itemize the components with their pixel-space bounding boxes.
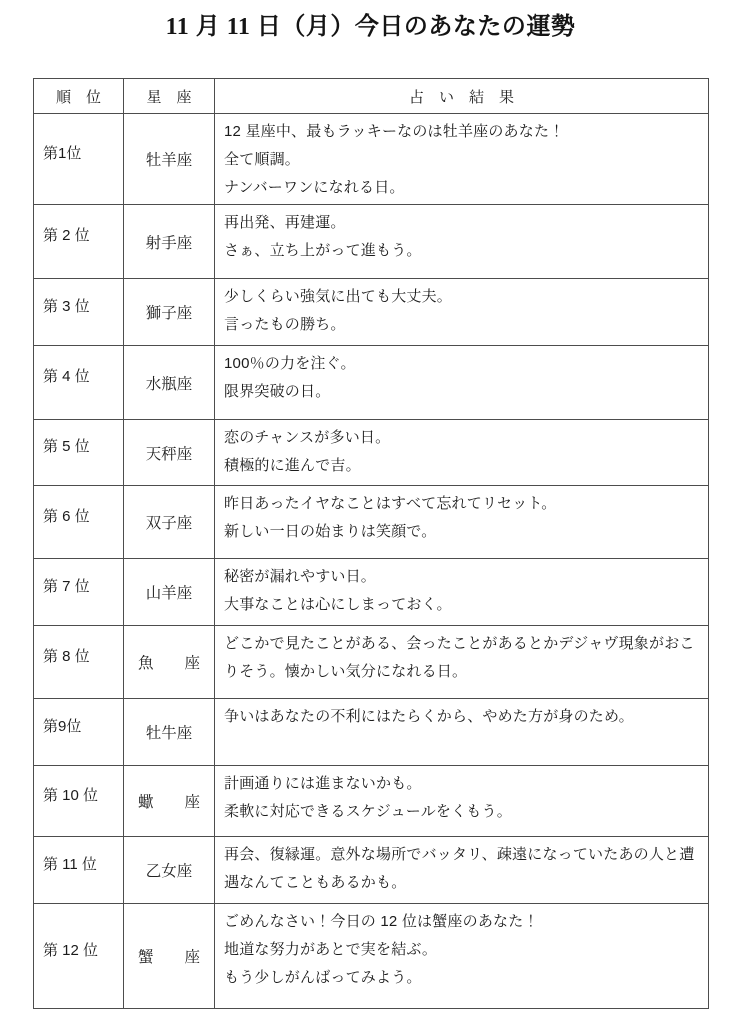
rank-label: 第 8 位 [43, 648, 90, 665]
rank-cell: 第 4 位 [34, 346, 124, 420]
sign-label: 天秤座 [124, 420, 215, 486]
sign-label: 双子座 [124, 486, 215, 559]
rank-cell: 第 8 位 [34, 626, 124, 699]
fortune-line: 昨日あったイヤなことはすべて忘れてリセット。 [224, 490, 699, 518]
table-row: 第 7 位 山羊座 秘密が漏れやすい日。大事なことは心にしまっておく。 [34, 559, 709, 626]
table-row: 第 11 位 乙女座 再会、復縁運。意外な場所でバッタリ、疎遠になっていたあの人… [34, 837, 709, 904]
fortune-cell: 再会、復縁運。意外な場所でバッタリ、疎遠になっていたあの人と遭遇なんてこともある… [215, 837, 709, 904]
header-rank: 順 位 [34, 79, 124, 114]
fortune-line: ごめんなさい！今日の 12 位は蟹座のあなた！ [224, 908, 699, 936]
fortune-cell: 100％の力を注ぐ。限界突破の日。 [215, 346, 709, 420]
sign-label: 乙女座 [124, 837, 215, 904]
rank-cell: 第 12 位 [34, 904, 124, 1009]
fortune-line: 積極的に進んで吉。 [224, 452, 699, 480]
fortune-cell: 恋のチャンスが多い日。積極的に進んで吉。 [215, 420, 709, 486]
sign-label: 牡羊座 [124, 114, 215, 205]
header-result: 占 い 結 果 [215, 79, 709, 114]
table-row: 第 4 位 水瓶座 100％の力を注ぐ。限界突破の日。 [34, 346, 709, 420]
table-row: 第1位 牡羊座 12 星座中、最もラッキーなのは牡羊座のあなた！全て順調。ナンバ… [34, 114, 709, 205]
table-row: 第 3 位 獅子座 少しくらい強気に出ても大丈夫。言ったもの勝ち。 [34, 279, 709, 346]
sign-label: 水瓶座 [124, 346, 215, 420]
fortune-line: 少しくらい強気に出ても大丈夫。 [224, 283, 699, 311]
fortune-table: 順 位 星 座 占 い 結 果 第1位 牡羊座 12 星座中、最もラッキーなのは… [33, 78, 709, 1009]
rank-cell: 第 11 位 [34, 837, 124, 904]
rank-cell: 第 6 位 [34, 486, 124, 559]
fortune-line: 地道な努力があとで実を結ぶ。 [224, 936, 699, 964]
fortune-line: 100％の力を注ぐ。 [224, 350, 699, 378]
sign-label: 射手座 [124, 205, 215, 279]
fortune-line: 新しい一日の始まりは笑顔で。 [224, 518, 699, 546]
rank-label: 第 4 位 [43, 368, 90, 385]
header-sign: 星 座 [124, 79, 215, 114]
table-row: 第9位 牡牛座 争いはあなたの不利にはたらくから、やめた方が身のため。 [34, 699, 709, 766]
rank-cell: 第 7 位 [34, 559, 124, 626]
fortune-line: 大事なことは心にしまっておく。 [224, 591, 699, 619]
rank-label: 第 11 位 [43, 856, 97, 873]
rank-cell: 第 5 位 [34, 420, 124, 486]
fortune-cell: 少しくらい強気に出ても大丈夫。言ったもの勝ち。 [215, 279, 709, 346]
rank-label: 第 7 位 [43, 578, 90, 595]
sign-label: 魚 座 [124, 626, 215, 699]
table-row: 第 10 位 蠍 座 計画通りには進まないかも。柔軟に対応できるスケジュールをく… [34, 766, 709, 837]
sign-label: 蠍 座 [124, 766, 215, 837]
fortune-cell: どこかで見たことがある、会ったことがあるとかデジャヴ現象がおこりそう。懐かしい気… [215, 626, 709, 699]
fortune-cell: 秘密が漏れやすい日。大事なことは心にしまっておく。 [215, 559, 709, 626]
table-row: 第 5 位 天秤座 恋のチャンスが多い日。積極的に進んで吉。 [34, 420, 709, 486]
rank-label: 第 3 位 [43, 298, 90, 315]
rank-cell: 第 3 位 [34, 279, 124, 346]
table-header-row: 順 位 星 座 占 い 結 果 [34, 79, 709, 114]
rank-cell: 第1位 [34, 114, 124, 205]
fortune-cell: ごめんなさい！今日の 12 位は蟹座のあなた！地道な努力があとで実を結ぶ。もう少… [215, 904, 709, 1009]
fortune-line: 秘密が漏れやすい日。 [224, 563, 699, 591]
table-row: 第 6 位 双子座 昨日あったイヤなことはすべて忘れてリセット。新しい一日の始ま… [34, 486, 709, 559]
fortune-cell: 争いはあなたの不利にはたらくから、やめた方が身のため。 [215, 699, 709, 766]
rank-label: 第 6 位 [43, 508, 90, 525]
fortune-line: 全て順調。 [224, 146, 699, 174]
fortune-line: 争いはあなたの不利にはたらくから、やめた方が身のため。 [224, 703, 699, 731]
rank-label: 第 5 位 [43, 438, 90, 455]
page-title: 11 月 11 日（月）今日のあなたの運勢 [0, 6, 741, 41]
fortune-line: 言ったもの勝ち。 [224, 311, 699, 339]
sign-label: 蟹 座 [124, 904, 215, 1009]
sign-label: 獅子座 [124, 279, 215, 346]
fortune-line: 恋のチャンスが多い日。 [224, 424, 699, 452]
fortune-line: 再会、復縁運。意外な場所でバッタリ、疎遠になっていたあの人と遭遇なんてこともある… [224, 841, 699, 897]
fortune-cell: 昨日あったイヤなことはすべて忘れてリセット。新しい一日の始まりは笑顔で。 [215, 486, 709, 559]
rank-cell: 第 10 位 [34, 766, 124, 837]
fortune-cell: 再出発、再建運。さぁ、立ち上がって進もう。 [215, 205, 709, 279]
fortune-cell: 12 星座中、最もラッキーなのは牡羊座のあなた！全て順調。ナンバーワンになれる日… [215, 114, 709, 205]
table-row: 第 2 位 射手座 再出発、再建運。さぁ、立ち上がって進もう。 [34, 205, 709, 279]
rank-label: 第 2 位 [43, 227, 90, 244]
fortune-line: ナンバーワンになれる日。 [224, 174, 699, 202]
rank-label: 第1位 [43, 145, 81, 162]
rank-label: 第9位 [43, 718, 81, 735]
fortune-line: 計画通りには進まないかも。 [224, 770, 699, 798]
rank-cell: 第 2 位 [34, 205, 124, 279]
fortune-line: もう少しがんばってみよう。 [224, 964, 699, 992]
sign-label: 牡牛座 [124, 699, 215, 766]
rank-label: 第 12 位 [43, 942, 98, 959]
fortune-line: 柔軟に対応できるスケジュールをくもう。 [224, 798, 699, 826]
sign-label: 山羊座 [124, 559, 215, 626]
document-page: { "page": { "title": "11 月 11 日（月）今日のあなた… [0, 0, 741, 1024]
rank-label: 第 10 位 [43, 787, 98, 804]
fortune-line: さぁ、立ち上がって進もう。 [224, 237, 699, 265]
rank-cell: 第9位 [34, 699, 124, 766]
fortune-line: 12 星座中、最もラッキーなのは牡羊座のあなた！ [224, 118, 699, 146]
fortune-cell: 計画通りには進まないかも。柔軟に対応できるスケジュールをくもう。 [215, 766, 709, 837]
table-row: 第 12 位 蟹 座 ごめんなさい！今日の 12 位は蟹座のあなた！地道な努力が… [34, 904, 709, 1009]
fortune-line: どこかで見たことがある、会ったことがあるとかデジャヴ現象がおこりそう。懐かしい気… [224, 630, 699, 686]
table-row: 第 8 位 魚 座 どこかで見たことがある、会ったことがあるとかデジャヴ現象がお… [34, 626, 709, 699]
fortune-line: 再出発、再建運。 [224, 209, 699, 237]
fortune-line: 限界突破の日。 [224, 378, 699, 406]
